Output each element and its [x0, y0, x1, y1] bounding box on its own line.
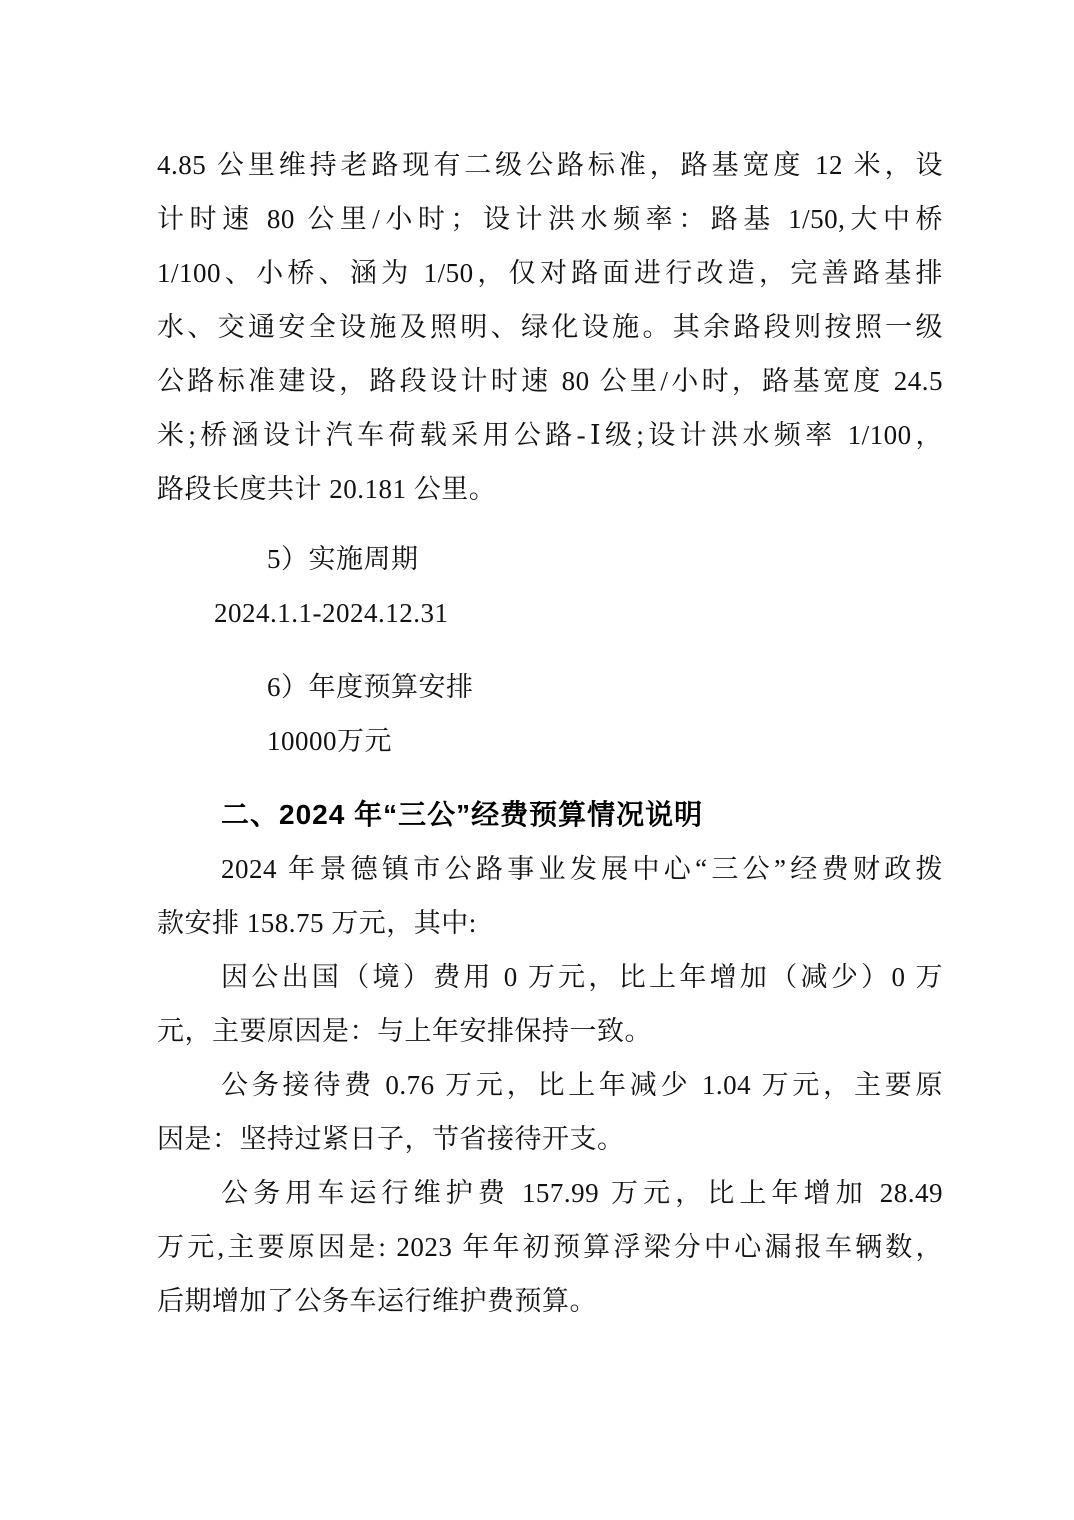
- paragraph-line: 后期增加了公务车运行维护费预算。: [157, 1274, 943, 1328]
- paragraph-line: 因公出国（境）费用 0 万元，比上年增加（减少）0 万: [221, 950, 943, 1004]
- paragraph-line: 4.85 公里维持老路现有二级公路标准，路基宽度 12 米，设: [157, 138, 943, 192]
- paragraph-line: 米;桥涵设计汽车荷载采用公路-Ⅰ级;设计洪水频率 1/100，: [157, 408, 943, 462]
- document-page: 4.85 公里维持老路现有二级公路标准，路基宽度 12 米，设 计时速 80 公…: [0, 0, 1074, 1520]
- paragraph-line: 计时速 80 公里/小时；设计洪水频率：路基 1/50,大中桥: [157, 192, 943, 246]
- paragraph-line: 公务接待费 0.76 万元，比上年减少 1.04 万元，主要原: [221, 1058, 943, 1112]
- paragraph-line: 因是：坚持过紧日子，节省接待开支。: [157, 1112, 943, 1166]
- paragraph-line: 2024 年景德镇市公路事业发展中心“三公”经费财政拨: [221, 842, 943, 896]
- paragraph-line: 路段长度共计 20.181 公里。: [157, 462, 943, 516]
- paragraph-line: 万元,主要原因是: 2023 年年初预算浮梁分中心漏报车辆数，: [157, 1220, 943, 1274]
- annual-budget-amount: 10000万元: [267, 714, 943, 768]
- paragraph-line: 1/100、小桥、涵为 1/50，仅对路面进行改造，完善路基排: [157, 246, 943, 300]
- section-heading-three-public-funds: 二、2024 年“三公”经费预算情况说明: [221, 788, 943, 842]
- paragraph-line: 水、交通安全设施及照明、绿化设施。其余路段则按照一级: [157, 300, 943, 354]
- paragraph-line: 公路标准建设，路段设计时速 80 公里/小时，路基宽度 24.5: [157, 354, 943, 408]
- list-item-5-implementation-period: 5）实施周期: [267, 532, 943, 586]
- paragraph-line: 公务用车运行维护费 157.99 万元，比上年增加 28.49: [221, 1166, 943, 1220]
- document-body: 4.85 公里维持老路现有二级公路标准，路基宽度 12 米，设 计时速 80 公…: [157, 138, 943, 1328]
- paragraph-line: 款安排 158.75 万元，其中:: [157, 896, 943, 950]
- implementation-period-dates: 2024.1.1-2024.12.31: [214, 586, 943, 640]
- list-item-6-annual-budget: 6）年度预算安排: [267, 660, 943, 714]
- paragraph-line: 元，主要原因是：与上年安排保持一致。: [157, 1004, 943, 1058]
